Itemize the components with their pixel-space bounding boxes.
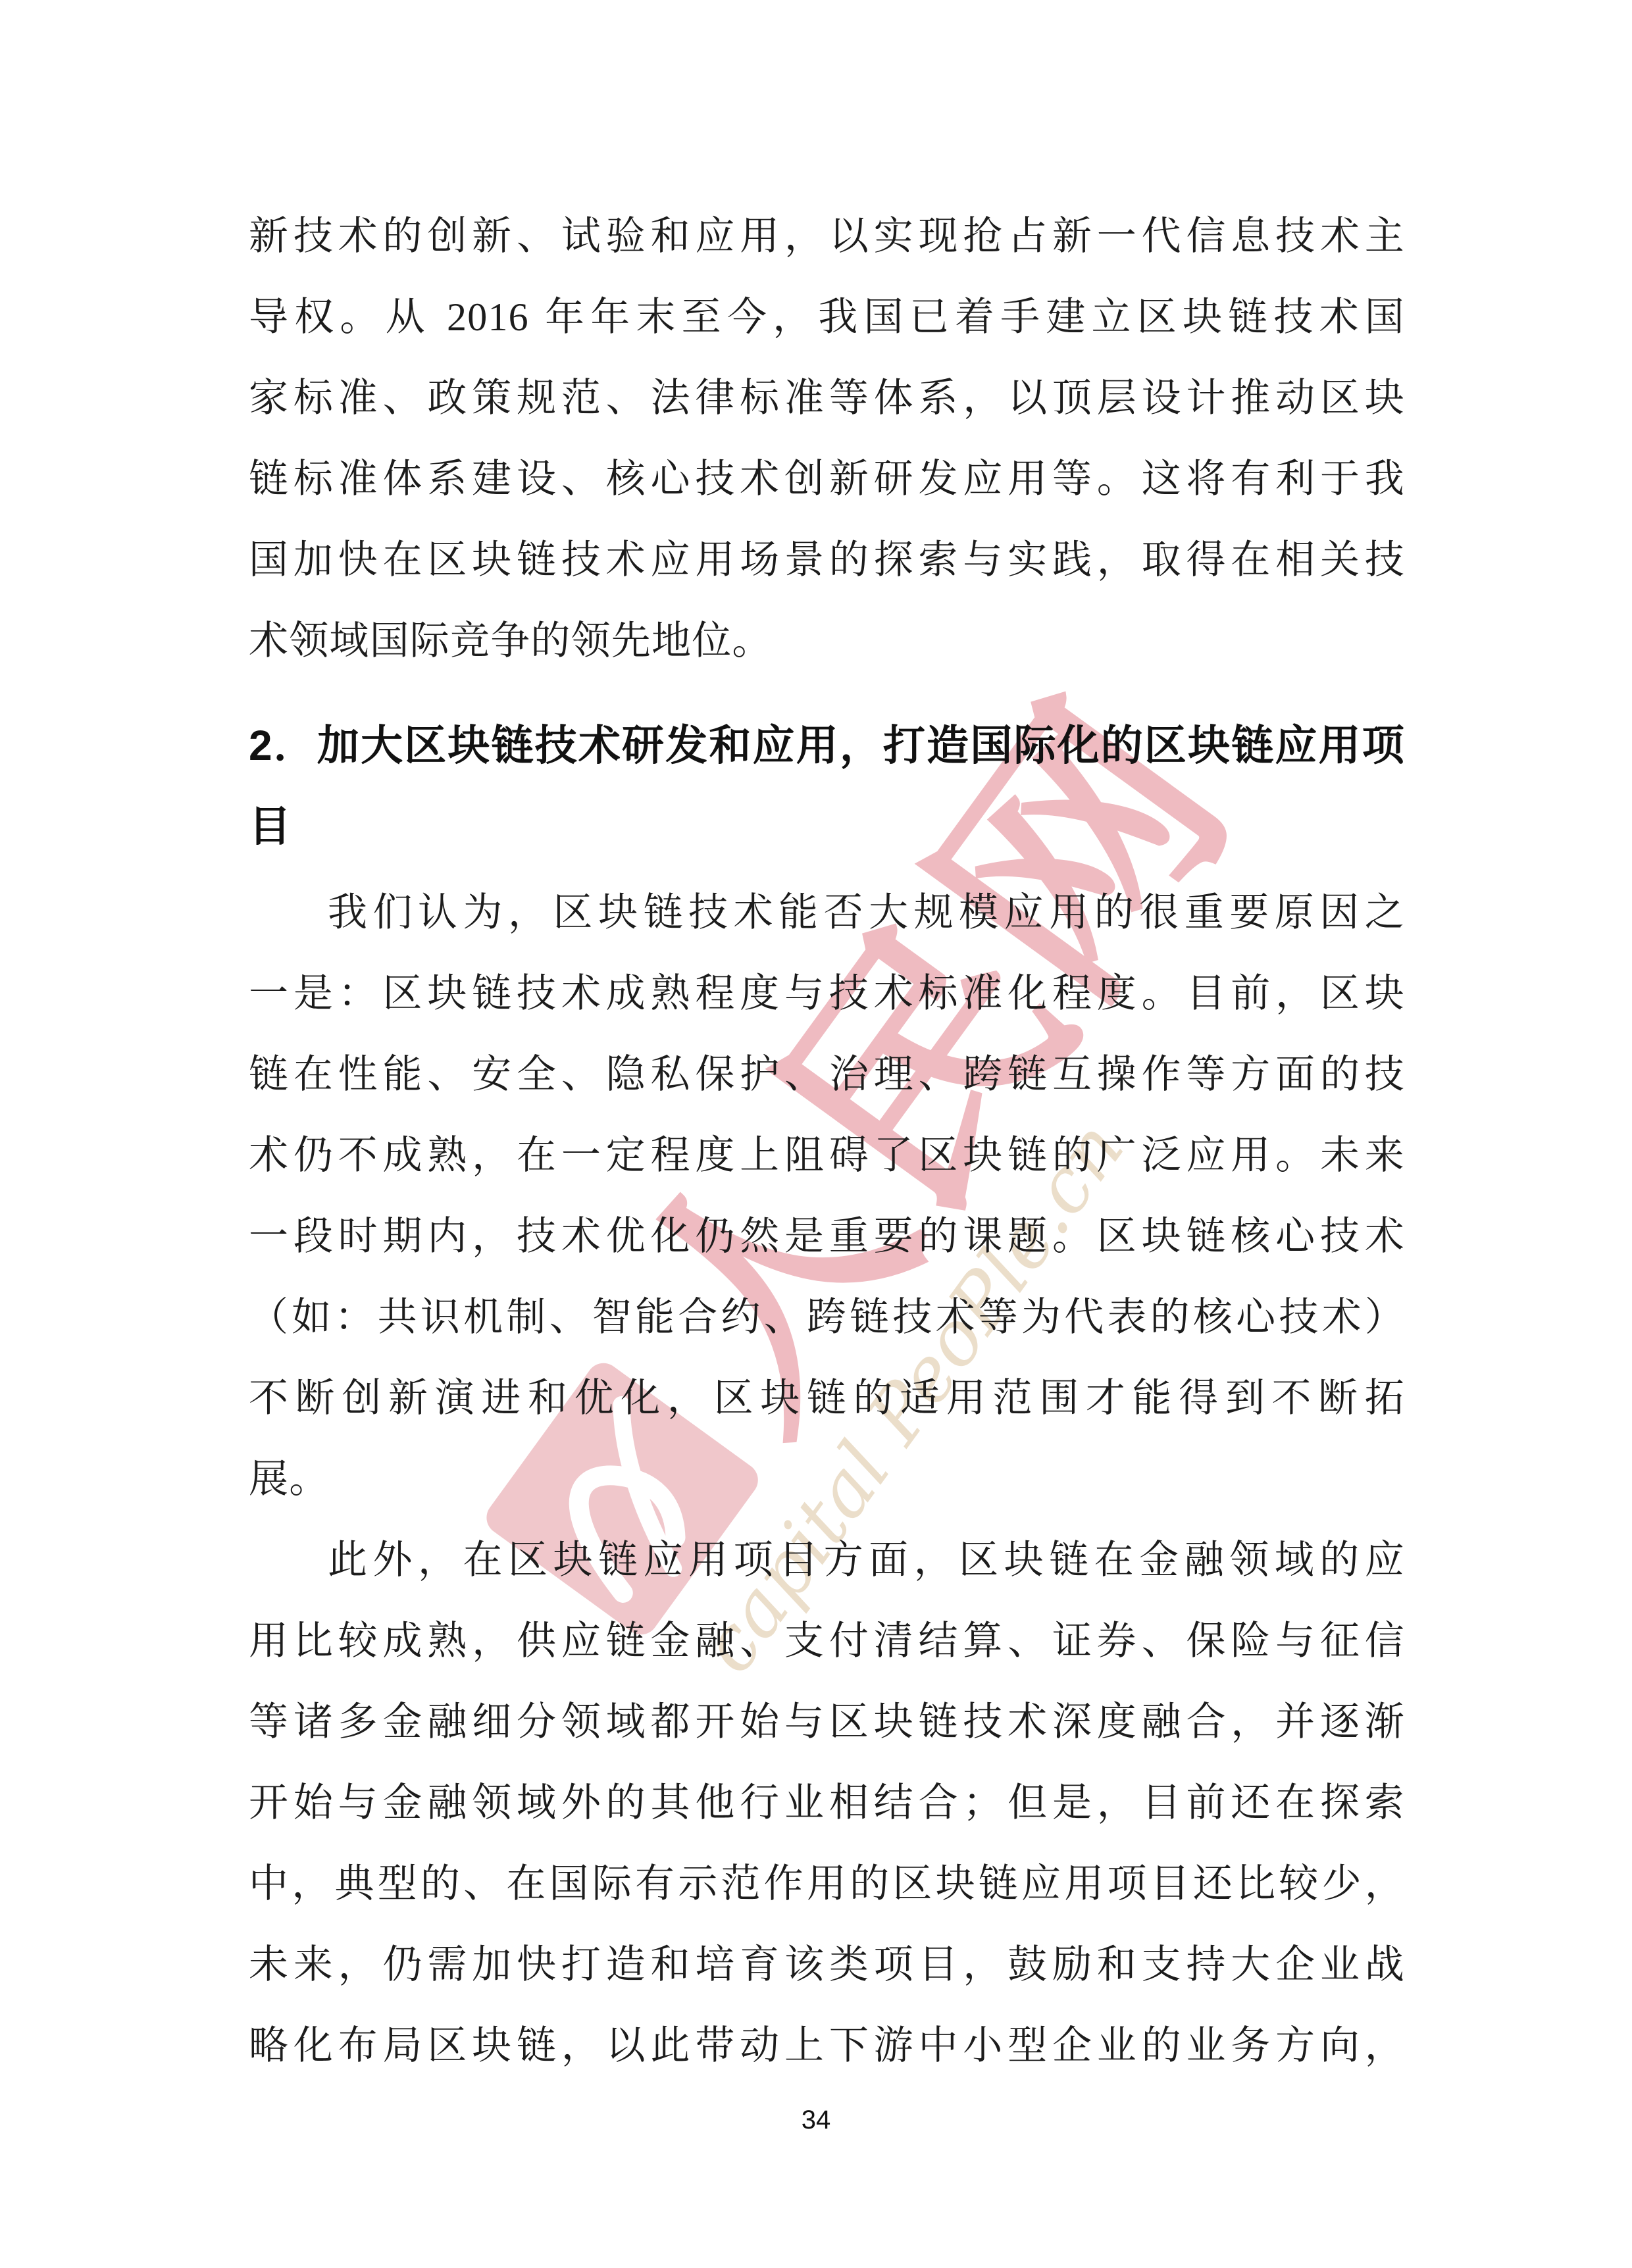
text-line: 国加快在区块链技术应用场景的探索与实践，取得在相关技 <box>249 520 1405 601</box>
text-line: 术领域国际竞争的领先地位。 <box>249 601 1405 682</box>
document-page: 人民网 capital PeoPle.cn 新技术的创新、试验和应用，以实现抢占… <box>0 0 1632 2268</box>
text-line: 展。 <box>249 1439 1405 1520</box>
text-line: 略化布局区块链，以此带动上下游中小型企业的业务方向， <box>249 2005 1405 2086</box>
text-line: 我们认为，区块链技术能否大规模应用的很重要原因之 <box>249 872 1405 953</box>
text-line: 开始与金融领域外的其他行业相结合；但是，目前还在探索 <box>249 1763 1405 1844</box>
text-line: 导权。从 2016 年年末至今，我国已着手建立区块链技术国 <box>249 277 1405 358</box>
text-line: （如：共识机制、智能合约、跨链技术等为代表的核心技术） <box>249 1277 1405 1358</box>
text-line: 家标准、政策规范、法律标准等体系，以顶层设计推动区块 <box>249 358 1405 439</box>
text-line: 用比较成熟，供应链金融、支付清结算、证券、保险与征信 <box>249 1601 1405 1682</box>
text-line: 中，典型的、在国际有示范作用的区块链应用项目还比较少， <box>249 1844 1405 1925</box>
text-line: 一是：区块链技术成熟程度与技术标准化程度。目前，区块 <box>249 953 1405 1034</box>
text-line: 链标准体系建设、核心技术创新研发应用等。这将有利于我 <box>249 439 1405 520</box>
text-line: 链在性能、安全、隐私保护、治理、跨链互操作等方面的技 <box>249 1034 1405 1115</box>
text-line: 未来，仍需加快打造和培育该类项目，鼓励和支持大企业战 <box>249 1925 1405 2005</box>
paragraph: 我们认为，区块链技术能否大规模应用的很重要原因之 一是：区块链技术成熟程度与技术… <box>249 872 1405 1520</box>
paragraph: 新技术的创新、试验和应用，以实现抢占新一代信息技术主 导权。从 2016 年年末… <box>249 196 1405 682</box>
text-line: 不断创新演进和优化，区块链的适用范围才能得到不断拓 <box>249 1358 1405 1439</box>
heading-line: 2．加大区块链技术研发和应用，打造国际化的区块链应用项 <box>249 705 1405 786</box>
page-number: 34 <box>0 2105 1632 2135</box>
section-heading: 2．加大区块链技术研发和应用，打造国际化的区块链应用项 目 <box>249 705 1405 867</box>
paragraph: 此外，在区块链应用项目方面，区块链在金融领域的应 用比较成熟，供应链金融、支付清… <box>249 1520 1405 2086</box>
text-line: 此外，在区块链应用项目方面，区块链在金融领域的应 <box>249 1520 1405 1601</box>
heading-line: 目 <box>249 786 1405 867</box>
text-line: 新技术的创新、试验和应用，以实现抢占新一代信息技术主 <box>249 196 1405 277</box>
text-line: 等诸多金融细分领域都开始与区块链技术深度融合，并逐渐 <box>249 1682 1405 1763</box>
text-block: 新技术的创新、试验和应用，以实现抢占新一代信息技术主 导权。从 2016 年年末… <box>249 196 1405 2086</box>
text-line: 一段时期内，技术优化仍然是重要的课题。区块链核心技术 <box>249 1196 1405 1277</box>
text-line: 术仍不成熟，在一定程度上阻碍了区块链的广泛应用。未来 <box>249 1115 1405 1196</box>
